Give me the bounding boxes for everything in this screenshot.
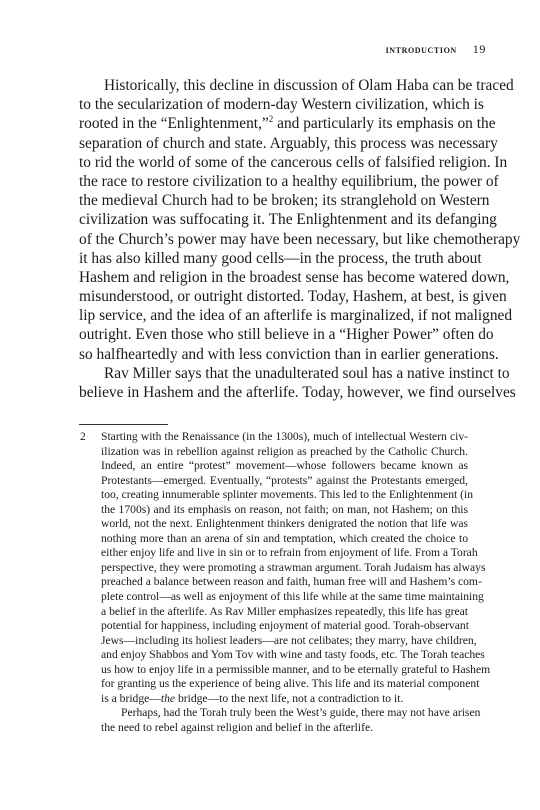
emphasis: the: [161, 692, 175, 705]
text-line: so halfheartedly and with less convictio…: [79, 345, 468, 364]
footnote-line: world, not the next. Enlightenment think…: [101, 517, 468, 532]
footnote-line: plete control—as well as enjoyment of th…: [101, 590, 468, 605]
footnote-reference[interactable]: 2: [269, 114, 274, 124]
footnote-line: and enjoy Shabbos and Yom Tov with wine …: [101, 648, 468, 663]
section-title: Introduction: [386, 42, 457, 57]
footnote-line: Starting with the Renaissance (in the 13…: [101, 430, 468, 445]
footnote-line: for granting us the experience of being …: [101, 677, 468, 692]
footnote-line: potential for happiness, including enjoy…: [101, 619, 468, 634]
text-line: separation of church and state. Arguably…: [79, 134, 468, 153]
text-line: Hashem and religion in the broadest sens…: [79, 268, 468, 287]
footnote-line: too, creating innumerable splinter movem…: [101, 488, 468, 503]
text-fragment: bridge—to the next life, not a contradic…: [175, 692, 403, 705]
footnote-divider: [79, 424, 168, 425]
text-line: believe in Hashem and the afterlife. Tod…: [79, 383, 468, 402]
footnote-line: Indeed, an entire “protest” movement—who…: [101, 459, 468, 474]
footnote-line: the need to rebel against religion and b…: [101, 721, 468, 736]
text-line: lip service, and the idea of an afterlif…: [79, 306, 468, 325]
text-line: rooted in the “Enlightenment,”2 and part…: [79, 114, 468, 133]
footnote-line: nothing more than an arena of sin and te…: [101, 532, 468, 547]
text-line: civilization was suffocating it. The Enl…: [79, 210, 468, 229]
paragraph-1: Historically, this decline in discussion…: [79, 76, 468, 364]
footnote-line: ilization was in rebellion against relig…: [101, 445, 468, 460]
text-line: Historically, this decline in discussion…: [79, 76, 468, 95]
footnote-2: 2 Starting with the Renaissance (in the …: [79, 430, 468, 735]
body-text: Historically, this decline in discussion…: [79, 76, 468, 402]
text-fragment: and particularly its emphasis on the: [277, 115, 495, 132]
footnote-body: Starting with the Renaissance (in the 13…: [101, 430, 468, 735]
footnote-line: perspective, they were promoting a straw…: [101, 561, 468, 576]
text-fragment: is a bridge—: [101, 692, 161, 705]
text-line: Rav Miller says that the unadulterated s…: [79, 364, 468, 383]
footnote-line: Perhaps, had the Torah truly been the We…: [101, 706, 468, 721]
text-line: the race to restore civilization to a he…: [79, 172, 468, 191]
footnotes: 2 Starting with the Renaissance (in the …: [79, 430, 468, 735]
text-line: the medieval Church had to be broken; it…: [79, 191, 468, 210]
page-number: 19: [473, 42, 486, 57]
footnote-line: us how to enjoy life in a permissible ma…: [101, 663, 468, 678]
running-head: Introduction 19: [386, 42, 486, 57]
text-line: misunderstood, or outright distorted. To…: [79, 287, 468, 306]
footnote-line: is a bridge—the bridge—to the next life,…: [101, 692, 468, 707]
text-line: to the secularization of modern-day West…: [79, 95, 468, 114]
text-fragment: rooted in the “Enlightenment,”: [79, 115, 269, 132]
footnote-line: the 1700s) and its emphasis on reason, n…: [101, 503, 468, 518]
footnote-line: either enjoy life and live in sin or to …: [101, 546, 468, 561]
text-line: of the Church’s power may have been nece…: [79, 230, 468, 249]
text-line: it has also killed many good cells—in th…: [79, 249, 468, 268]
paragraph-2: Rav Miller says that the unadulterated s…: [79, 364, 468, 402]
footnote-line: preached a balance between reason and fa…: [101, 575, 468, 590]
footnote-line: Protestants—emerged. Eventually, “protes…: [101, 474, 468, 489]
footnote-line: a belief in the afterlife. As Rav Miller…: [101, 605, 468, 620]
footnote-number: 2: [80, 430, 86, 445]
text-line: to rid the world of some of the cancerou…: [79, 153, 468, 172]
text-line: outright. Even those who still believe i…: [79, 325, 468, 344]
footnote-line: Jews—including its holiest leaders—are n…: [101, 634, 468, 649]
